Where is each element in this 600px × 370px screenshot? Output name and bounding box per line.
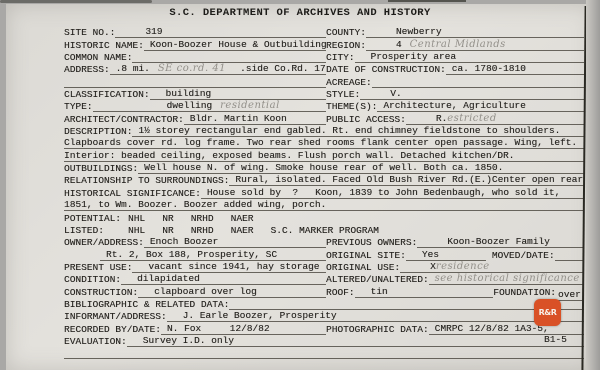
bottom-blank-line [64,358,584,359]
public-access-label: PUBLIC ACCESS: [326,114,406,125]
row-bibliographic: BIBLIOGRAPHIC & RELATED DATA: [64,298,584,310]
construction-value: clapboard over log [138,286,326,298]
owner-address-line2: Rt. 2, Box 188, Prosperity, SC [100,249,326,261]
description-label: DESCRIPTION: [64,126,132,137]
original-site-label: ORIGINAL SITE: [326,250,406,261]
moved-date-label: MOVED/DATE: [492,250,555,261]
relationship-value: Rural, isolated. Faced Old Bush River Rd… [229,174,584,186]
row-owner2-originalsite: Rt. 2, Box 188, Prosperity, SC ORIGINAL … [64,248,584,260]
theme-label: THEME(S): [326,101,377,112]
address-label: ADDRESS: [64,64,110,75]
type-handwritten-note: residential [220,100,280,111]
historical-significance-line2: 1851, to Wm. Boozer. Boozer added wing, … [64,199,584,211]
owner-value: Enoch Boozer [144,236,326,248]
scanned-survey-form: S.C. DEPARTMENT OF ARCHIVES AND HISTORY … [0,0,600,370]
outbuildings-value: Well house N. of wing. Smoke house rear … [138,162,584,174]
region-handwritten-note: Central Midlands [410,39,506,50]
construction-label: CONSTRUCTION: [64,287,138,298]
type-label: TYPE: [64,101,93,112]
scan-artifact-top-center [388,0,466,2]
type-value: dwellingresidential [93,100,326,112]
archive-watermark-logo: R&R [534,299,561,326]
classification-value: building [150,88,326,100]
county-value: Newberry [366,26,584,38]
historical-significance-line1: House sold by ? Koon, 1839 to John Beden… [201,187,584,199]
potential-value: NHL NR NRHD NAER [128,213,253,224]
informant-label: INFORMANT/ADDRESS: [64,311,167,322]
row-recorded-photographic: RECORDED BY/DATE: N. Fox 12/8/82 PHOTOGR… [64,322,584,334]
architect-label: ARCHITECT/CONTRACTOR: [64,114,184,125]
recorded-by-label: RECORDED BY/DATE: [64,324,161,335]
recorded-by-value: N. Fox 12/8/82 [161,323,326,335]
outbuildings-label: OUTBUILDINGS: [64,163,138,174]
row-bottom-blank [64,347,584,359]
site-no-value: 319 [115,26,326,38]
row-address-cont-acreage: ACREAGE: [64,75,584,87]
description-line1: 1½ storey rectangular end gabled. Rt. en… [132,125,584,137]
row-outbuildings: OUTBUILDINGS: Well house N. of wing. Smo… [64,162,584,174]
form-content: SITE NO.: 319 COUNTY: Newberry HISTORIC … [64,26,584,359]
row-siteno-county: SITE NO.: 319 COUNTY: Newberry [64,26,584,38]
relationship-label: RELATIONSHIP TO SURROUNDINGS: [64,175,229,186]
photographic-data-value2: B1-5 [544,334,567,345]
row-description-3: Interior: beaded ceiling, exposed beams.… [64,149,584,161]
listed-label: LISTED: [64,225,128,236]
bibliographic-label: BIBLIOGRAPHIC & RELATED DATA: [64,299,229,310]
site-no-label: SITE NO.: [64,27,115,38]
present-use-value: vacant since 1941, hay storage [132,261,326,273]
form-title: S.C. DEPARTMENT OF ARCHIVES AND HISTORY [40,7,560,19]
previous-owners-value: Koon-Boozer Family [417,236,584,248]
photographic-data-label: PHOTOGRAPHIC DATA: [326,324,429,335]
altered-handwritten-note: see historical significance [435,273,580,284]
listed-value: NHL NR NRHD NAER S.C. MARKER PROGRAM [128,225,379,236]
city-value: Prosperity area [355,51,584,63]
style-value: V. [360,88,584,100]
row-address-construction-date: ADDRESS: .8 mi.SE co.rd. 41.side Co.Rd. … [64,63,584,75]
row-historicname-region: HISTORIC NAME: Koon-Boozer House & Outbu… [64,38,584,50]
date-of-construction-value: ca. 1780-1810 [446,63,584,75]
row-architect-publicaccess: ARCHITECT/CONTRACTOR: Bldr. Martin Koon … [64,112,584,124]
row-historical-significance-1: HISTORICAL SIGNIFICANCE: House sold by ?… [64,186,584,198]
city-label: CITY: [326,52,355,63]
roof-label: ROOF: [326,287,355,298]
potential-label: POTENTIAL: [64,213,128,224]
altered-unaltered-value: see historical significance [429,273,584,285]
row-description-2: Clapboards cover rd. log frame. Two rear… [64,137,584,149]
description-line2: Clapboards cover rd. log frame. Two rear… [64,137,584,149]
row-construction-roof: CONSTRUCTION: clapboard over log ROOF: t… [64,285,584,297]
foundation-label: FOUNDATION: [493,287,556,298]
present-use-label: PRESENT USE: [64,262,132,273]
address-handwritten-note: SE co.rd. 41 [158,63,226,74]
owner-label: OWNER/ADDRESS: [64,237,144,248]
row-potential: POTENTIAL: NHL NR NRHD NAER [64,211,584,223]
condition-label: CONDITION: [64,274,121,285]
row-owner-previousowners: OWNER/ADDRESS: Enoch Boozer PREVIOUS OWN… [64,236,584,248]
row-description-1: DESCRIPTION: 1½ storey rectangular end g… [64,125,584,137]
theme-value: Architecture, Agriculture [377,100,584,112]
historic-name-label: HISTORIC NAME: [64,40,144,51]
public-access-value: R.estricted [406,113,584,125]
photographic-data-value: CMRPC 12/8/82 1A3-5, [429,323,584,335]
address-value: .8 mi.SE co.rd. 41.side Co.Rd. 17 [110,63,326,75]
row-classification-style: CLASSIFICATION: building STYLE: V. [64,88,584,100]
informant-value: J. Earle Boozer, Prosperity [167,310,584,322]
row-commonname-city: COMMON NAME: CITY: Prosperity area [64,51,584,63]
scan-right-margin [586,0,600,370]
region-label: REGION: [326,40,366,51]
public-access-handwritten-note: estricted [447,113,497,124]
row-listed: LISTED: NHL NR NRHD NAER S.C. MARKER PRO… [64,224,584,236]
row-type-theme: TYPE: dwellingresidential THEME(S): Arch… [64,100,584,112]
original-use-handwritten-note: residence [436,261,490,272]
original-use-value: Xresidence [400,261,584,273]
architect-value: Bldr. Martin Koon [184,113,326,125]
common-name-label: COMMON NAME: [64,52,132,63]
row-evaluation: EVALUATION: Survey I.D. only B1-5 [64,335,584,347]
description-line3: Interior: beaded ceiling, exposed beams.… [64,150,584,162]
acreage-label: ACREAGE: [326,77,372,88]
original-use-label: ORIGINAL USE: [326,262,400,273]
row-historical-significance-2: 1851, to Wm. Boozer. Boozer added wing, … [64,199,584,211]
altered-unaltered-label: ALTERED/UNALTERED: [326,274,429,285]
date-of-construction-label: DATE OF CONSTRUCTION: [326,64,446,75]
style-label: STYLE: [326,89,360,100]
county-label: COUNTY: [326,27,366,38]
evaluation-value: Survey I.D. only [127,335,584,347]
evaluation-label: EVALUATION: [64,336,127,347]
original-site-value: Yes [406,249,486,261]
historical-significance-label: HISTORICAL SIGNIFICANCE: [64,188,201,199]
historic-name-value: Koon-Boozer House & Outbuildings [144,39,326,51]
scan-artifact-top-left [0,0,152,3]
previous-owners-label: PREVIOUS OWNERS: [326,237,417,248]
classification-label: CLASSIFICATION: [64,89,150,100]
row-condition-altered: CONDITION: dilapidated ALTERED/UNALTERED… [64,273,584,285]
row-relationship: RELATIONSHIP TO SURROUNDINGS: Rural, iso… [64,174,584,186]
region-value: 4Central Midlands [366,39,584,51]
roof-value: tin [355,286,494,298]
row-informant: INFORMANT/ADDRESS: J. Earle Boozer, Pros… [64,310,584,322]
condition-value: dilapidated [121,273,326,285]
row-presentuse-originaluse: PRESENT USE: vacant since 1941, hay stor… [64,261,584,273]
